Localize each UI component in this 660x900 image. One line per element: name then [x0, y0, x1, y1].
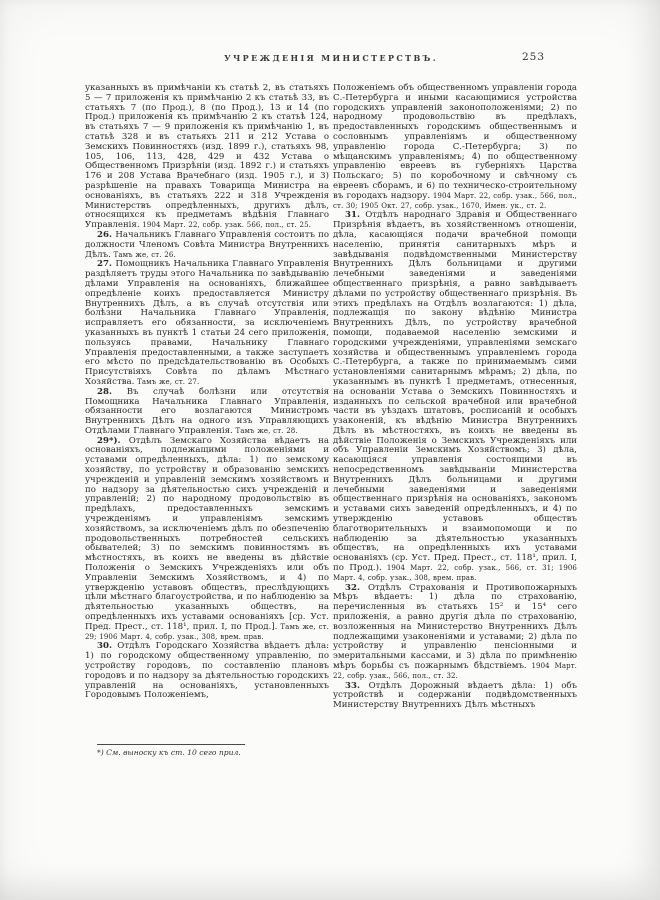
text-column-right: Положеніемъ объ общественномъ управленіи… — [333, 84, 577, 711]
citation: Тамъ же, ст. 27. — [134, 378, 199, 386]
paragraph: указанныхъ въ примѣчаніи къ статьѣ 2, въ… — [85, 84, 329, 231]
paragraph-number: 27. — [97, 259, 115, 269]
paragraph: 32. Отдѣлъ Страхованія и Противопожарных… — [333, 584, 577, 682]
paragraph: 29*). Отдѣлъ Земскаго Хозяйства вѣдаетъ … — [85, 437, 329, 643]
paragraph-number: 29*). — [97, 436, 129, 446]
footnote-rule — [97, 744, 245, 745]
paragraph-body: Отдѣлъ Страхованія и Противопожарныхъ Мѣ… — [333, 583, 577, 671]
paragraph: 27. Помощникъ Начальника Главнаго Управл… — [85, 260, 329, 387]
paragraph-number: 28. — [97, 387, 127, 397]
paragraph-body: Отдѣлъ Дорожный вѣдаетъ дѣла: 1) объ уст… — [333, 681, 577, 711]
paragraph: Положеніемъ объ общественномъ управленіи… — [333, 84, 577, 211]
paragraph-body: Отдѣлъ Земскаго Хозяйства вѣдаетъ на осн… — [85, 436, 329, 632]
scanned-book-page: УЧРЕЖДЕНІЯ МИНИСТЕРСТВЪ. 253 указанныхъ … — [0, 0, 660, 900]
paragraph-number: 31. — [345, 210, 365, 220]
text-column-left: указанныхъ въ примѣчаніи къ статьѣ 2, въ… — [85, 84, 329, 711]
paragraph: 33. Отдѣлъ Дорожный вѣдаетъ дѣла: 1) объ… — [333, 682, 577, 711]
footnote: *) См. выноску къ ст. 10 сего прил. — [85, 744, 329, 758]
citation: Тамъ же, ст. 26. — [111, 251, 176, 259]
paragraph-body: указанныхъ въ примѣчаніи къ статьѣ 2, въ… — [85, 83, 329, 230]
paragraph: 31. Отдѣлъ народнаго Здравія и Обществен… — [333, 211, 577, 583]
paragraph: 26. Начальникъ Главнаго Управленія состо… — [85, 231, 329, 260]
page-title: УЧРЕЖДЕНІЯ МИНИСТЕРСТВЪ. — [85, 53, 577, 63]
citation: 1904 Март. 22, собр. узак. 566, пол., ст… — [140, 221, 311, 229]
paragraph-body: Отдѣлъ народнаго Здравія и Общественнаго… — [333, 210, 577, 573]
paragraph: 28. Въ случаѣ болѣзни или отсутствія Пом… — [85, 388, 329, 437]
paragraph-body: Помощникъ Начальника Главнаго Управленія… — [85, 259, 329, 387]
paragraph-body: Отдѣлъ Городскаго Хозяйства вѣдаетъ дѣла… — [85, 641, 329, 700]
paragraph-number: 26. — [97, 230, 115, 240]
paragraph-body: Положеніемъ объ общественномъ управленіи… — [333, 83, 577, 201]
paragraph-number: 33. — [345, 681, 369, 691]
text-columns: указанныхъ въ примѣчаніи къ статьѣ 2, въ… — [85, 84, 577, 711]
citation: Тамъ же, ст. 28. — [233, 427, 298, 435]
paragraph-number: 30. — [97, 641, 117, 651]
running-head: УЧРЕЖДЕНІЯ МИНИСТЕРСТВЪ. 253 — [85, 53, 577, 67]
footnote-text: *) См. выноску къ ст. 10 сего прил. — [85, 748, 329, 758]
page-number: 253 — [522, 51, 545, 63]
paragraph: 30. Отдѣлъ Городскаго Хозяйства вѣдаетъ … — [85, 642, 329, 701]
